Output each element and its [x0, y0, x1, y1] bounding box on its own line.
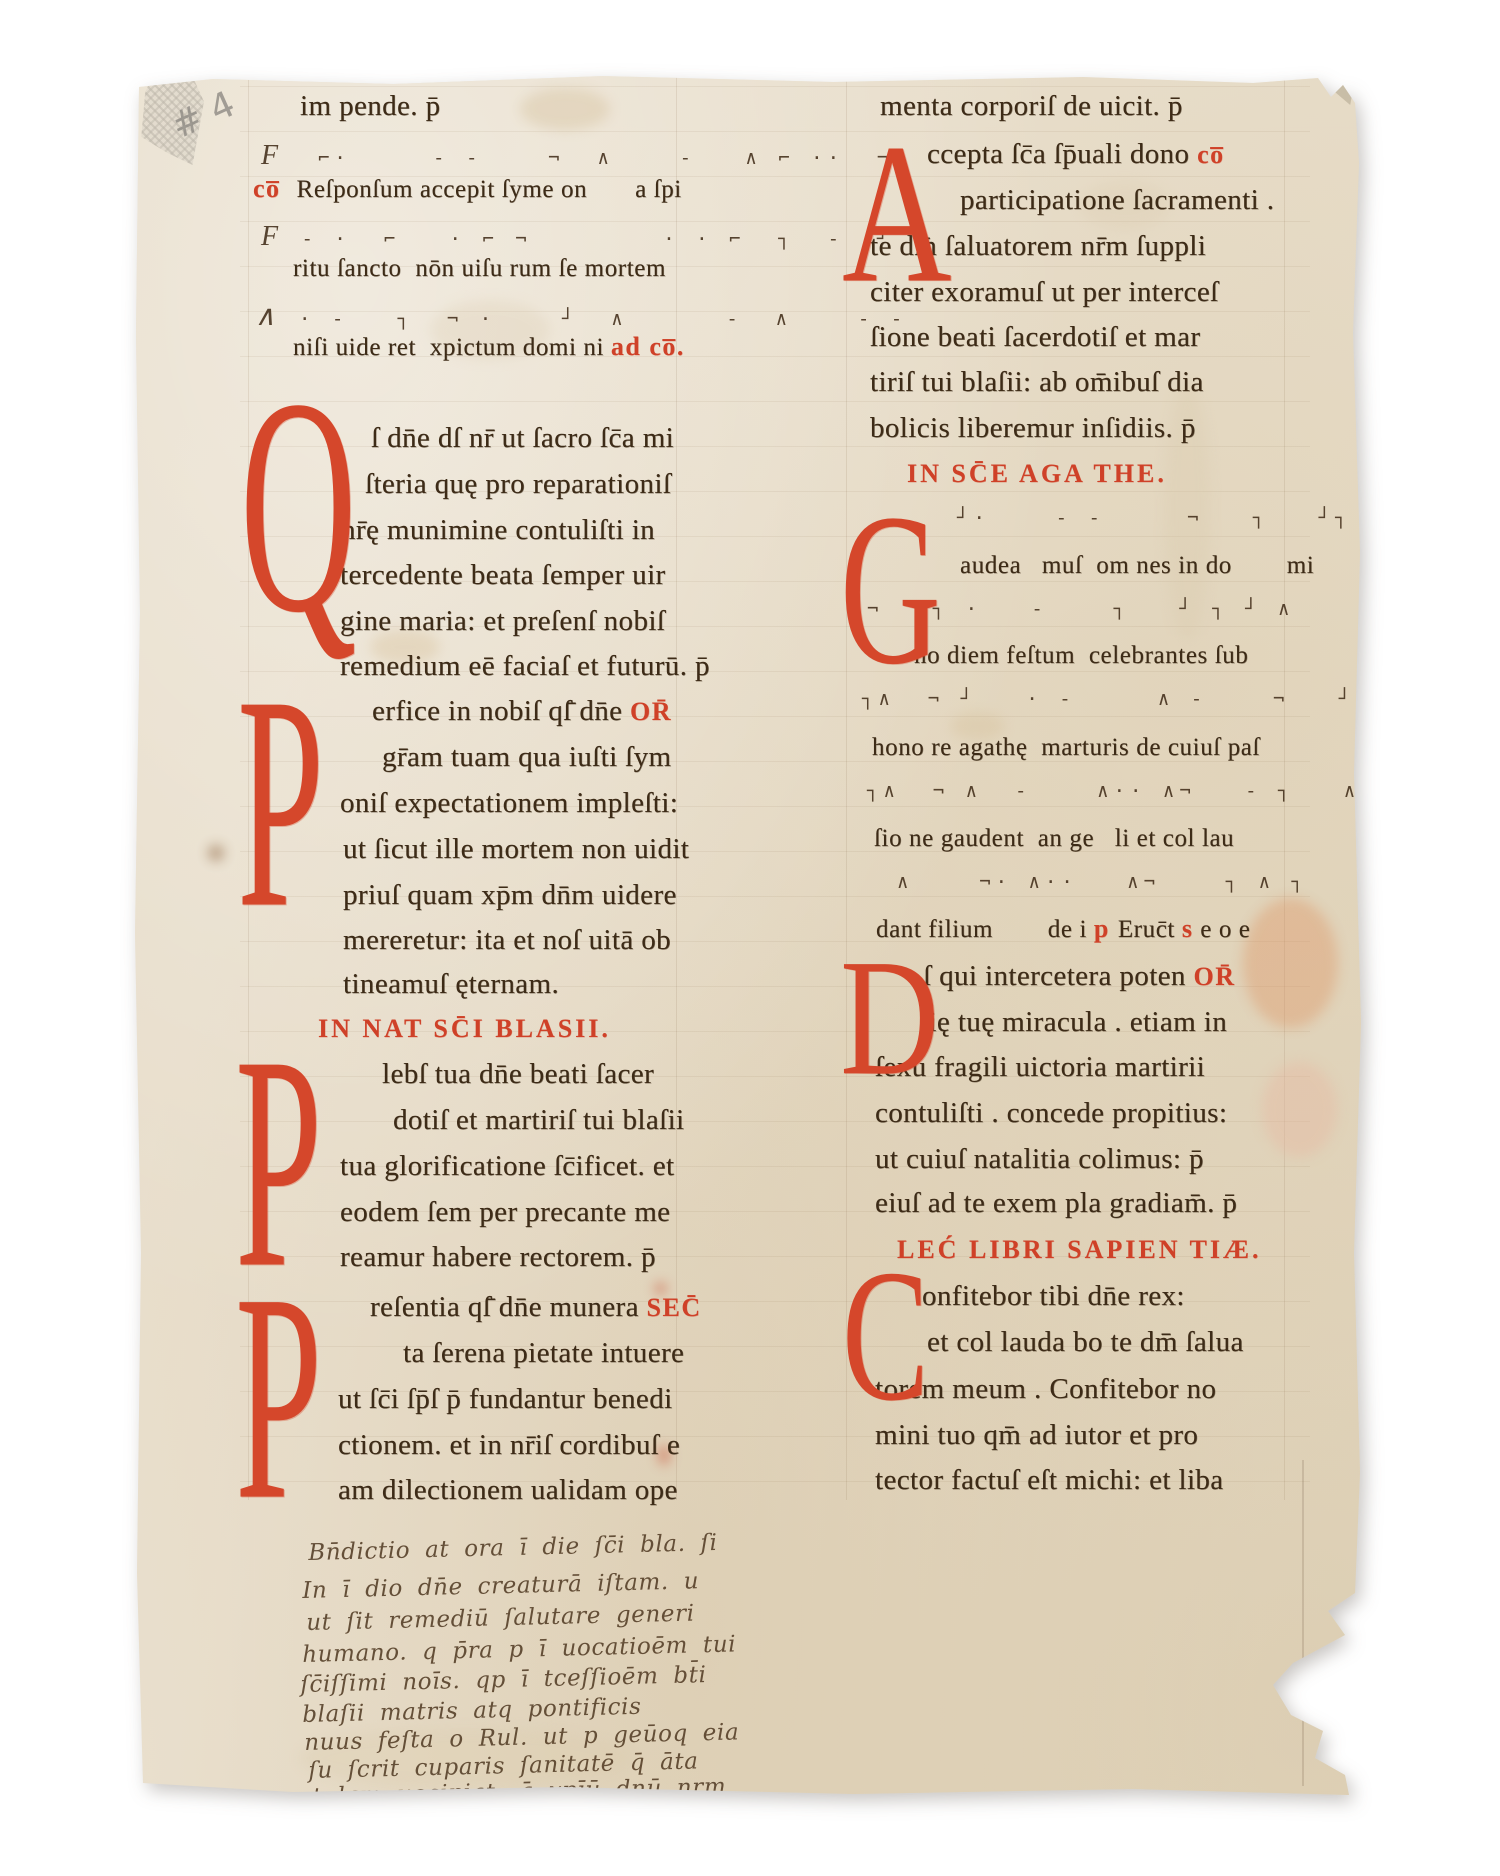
clef-letter: F: [261, 221, 285, 252]
ink-text: ctionem. et in nr̄iſ cordibuſ e: [338, 1429, 680, 1461]
ink-text: eiuſ ad te exem pla gradiam̄. p̄: [875, 1187, 1237, 1219]
rubric-heading: IN SC̄E AGA THE.: [907, 459, 1167, 489]
neume-row: F - · ⌐ · ⌐ ¬ · · ⌐ ┐ - ┘: [261, 221, 893, 253]
text-line: ut cuiuſ natalitia colimus: p̄: [875, 1145, 1204, 1174]
text-line: ſ qui intercetera poten OR̄: [923, 962, 1236, 991]
corner-fold: [1315, 75, 1355, 105]
marginalia-line: In ī dio dn̄e creaturā iſtam. u: [302, 1568, 699, 1604]
text-line: reſentia qſ̄ dn̄e munera SEC̄: [370, 1293, 702, 1322]
ink-text: im pende. p̄: [300, 90, 441, 122]
text-line: tię tuę miracula . etiam in: [920, 1008, 1227, 1037]
text-line: eiuſ ad te exem pla gradiam̄. p̄: [875, 1189, 1237, 1218]
neume-row: ∧ ¬· ∧·· ∧¬ ┐ ∧ ┐ ·∧ ¬ -·: [897, 871, 1500, 893]
text-line: ctionem. et in nr̄iſ cordibuſ e: [338, 1431, 680, 1460]
text-line: oniſ expectationem impleſti:: [340, 789, 678, 818]
red-liturgical-mark: OR̄: [1194, 962, 1236, 991]
rubric-heading: IN NAT SC̄I BLASII.: [318, 1014, 611, 1044]
red-liturgical-mark: co̅: [253, 174, 297, 203]
ink-text: ta ſerena pietate intuere: [403, 1337, 684, 1369]
neume-marks: ¬ ┐ · - ┐ ┘ ┐ ┘ ∧ - ·: [867, 598, 1500, 620]
ink-text: martir tuuſ blaſiuſ om̄ia tor: [882, 44, 1202, 76]
ink-text: gr̄am tuam qua iuſti ſym: [382, 741, 672, 773]
text-line: ccepta ſc̄a ſp̄uali dono co̅: [927, 140, 1225, 169]
ink-text: ut ſc̄i ſp̄ſ p̄ fundantur benedi: [338, 1383, 673, 1415]
initial-D: D: [840, 956, 939, 1081]
text-line: remedium eē faciaſ et futurū. p̄: [340, 652, 710, 681]
text-line: am dilectionem ualidam ope: [338, 1476, 678, 1505]
text-line: lebſ tua dn̄e beati ſacer: [382, 1060, 654, 1089]
neume-marks: ┐∧ ¬ ∧ - ∧·· ∧¬ - ┐ ∧ ¬ ·: [867, 780, 1500, 802]
initial-C: C: [842, 1266, 929, 1407]
red-liturgical-mark: ad co̅.: [611, 332, 685, 361]
text-line: iudicium nobiſ tuę pietatiſ: [300, 46, 611, 75]
text-line: ut ſicut ille mortem non uidit: [343, 835, 689, 864]
ruled-guide: [1302, 1460, 1304, 1786]
neume-row: ┘· - - ¬ ┐ ┘┐ ¬∧: [957, 507, 1434, 529]
text-line: gr̄am tuam qua iuſti ſym: [382, 743, 672, 772]
ink-text: ut ſicut ille mortem non uidit: [343, 833, 689, 865]
ink-text: et col lauda bo te dm̄ ſalua: [927, 1326, 1244, 1358]
chant-line: no diem feſtum celebrantes ſub: [914, 643, 1248, 668]
neume-marks: ┘· - - ¬ ┐ ┘┐ ¬∧: [957, 507, 1434, 529]
neume-row: ¬ ┐ · - ┐ ┘ ┐ ┘ ∧ - ·: [867, 598, 1500, 620]
stain: [1262, 1062, 1337, 1157]
clef-letter: ∧: [255, 301, 283, 332]
ink-text: lebſ tua dn̄e beati ſacer: [382, 1058, 654, 1090]
ink-text: nr̄ę munimine contuliſti in: [341, 514, 655, 546]
text-line: tua glorificatione ſc̄ificet. et: [340, 1152, 674, 1181]
ruled-guide: [1284, 44, 1285, 1500]
text-line: ſ dn̄e dſ nr̄ ut ſacro ſc̄a mi: [371, 424, 674, 453]
chant-line: co̅ Reſponſum accepit ſyme on a ſpi: [253, 176, 682, 202]
text-line: martir tuuſ blaſiuſ om̄ia tor: [882, 46, 1202, 75]
neume-row: ┐∧ ¬ ∧ - ∧·· ∧¬ - ┐ ∧ ¬ ·: [867, 780, 1500, 802]
ink-text: tineamuſ ęternam.: [343, 968, 559, 1000]
red-liturgical-mark: SEC̄: [647, 1293, 702, 1322]
ink-text: audea muſ om nes in do mi: [960, 552, 1314, 579]
chant-line: hono re agathę marturis de cuiuſ paſ: [872, 735, 1260, 760]
red-liturgical-mark: s: [1182, 914, 1194, 943]
ink-text: bolicis liberemur inſidiis. p̄: [870, 412, 1196, 444]
text-line: dotiſ et martiriſ tui blaſii: [393, 1106, 685, 1135]
ink-text: priuſ quam xp̄m dn̄m uidere: [343, 879, 677, 911]
text-line: tineamuſ ęternam.: [343, 970, 559, 999]
stain: [1243, 898, 1338, 1028]
ink-text: eodem ſem per precante me: [340, 1196, 670, 1228]
neume-row: ┐∧ ¬ ┘ · - ∧ - ¬ ┘ - - ¬: [862, 688, 1500, 710]
ink-text: remedium eē faciaſ et futurū. p̄: [340, 650, 710, 682]
text-line: participatione ſacramenti .: [960, 186, 1274, 215]
text-line: bolicis liberemur inſidiis. p̄: [870, 414, 1196, 443]
stain: [208, 845, 224, 861]
ink-text: mereretur: ita et noſ uitā ob: [343, 924, 671, 956]
initial-P-perfice: P: [237, 688, 324, 917]
ink-text: reamur habere rectorem. p̄: [340, 1241, 656, 1273]
rubric-heading: LEĆ LIBRI SAPIEN TIÆ.: [897, 1235, 1262, 1265]
text-line: eodem ſem per precante me: [340, 1198, 670, 1227]
neume-marks: ⌐· - - ¬ ∧ - ∧ ⌐ ·· ¬: [285, 147, 893, 169]
neume-marks: ┐∧ ¬ ┘ · - ∧ - ¬ ┘ - - ¬: [862, 688, 1500, 710]
text-line: onfitebor tibi dn̄e rex:: [922, 1282, 1185, 1311]
ink-text: no diem feſtum celebrantes ſub: [914, 642, 1248, 669]
parchment: # 4 iudicium nobiſ tuę pietatiſim pende.…: [133, 73, 1365, 1795]
text-line: tiriſ tui blaſii: ab om̄ibuſ dia: [870, 368, 1204, 397]
ruled-guide: [676, 44, 677, 1500]
manuscript-scan: { "page": { "background": "#ffffff", "pa…: [0, 0, 1500, 1876]
text-line: tercedente beata ſemper uir: [340, 561, 666, 590]
chant-line: ritu ſancto nōn uiſu rum ſe mortem: [293, 256, 666, 281]
text-line: tector factuſ eſt michi: et liba: [875, 1466, 1224, 1495]
ink-text: tiriſ tui blaſii: ab om̄ibuſ dia: [870, 366, 1204, 398]
clef-letter: F: [261, 140, 285, 171]
ink-text: ccepta ſc̄a ſp̄uali dono: [927, 138, 1197, 170]
ink-text: ſ dn̄e dſ nr̄ ut ſacro ſc̄a mi: [371, 422, 674, 454]
neume-marks: · - ┐ ¬ · ┘ ∧ - ∧ - -: [283, 308, 908, 330]
red-liturgical-mark: p: [1094, 914, 1118, 943]
parchment-wrapper: # 4 iudicium nobiſ tuę pietatiſim pende.…: [133, 73, 1365, 1795]
initial-Q: Q: [240, 392, 357, 623]
text-line: erfice in nobiſ qſ̄ dn̄e OR̄: [372, 697, 672, 726]
ink-text: oniſ expectationem impleſti:: [340, 787, 678, 819]
text-line: im pende. p̄: [300, 92, 441, 121]
ink-text: tua glorificatione ſc̄ificet. et: [340, 1150, 674, 1182]
ink-text: dotiſ et martiriſ tui blaſii: [393, 1104, 685, 1136]
marginalia-line: ut ſit remediū ſalutare generi: [306, 1601, 695, 1636]
initial-G: G: [840, 508, 941, 671]
red-liturgical-mark: co̅: [1197, 140, 1225, 169]
ink-text: Reſponſum accepit ſyme on a ſpi: [297, 176, 682, 203]
neume-marks: - · ⌐ · ⌐ ¬ · · ⌐ ┐ - ┘: [285, 228, 893, 250]
ink-text: gine maria: et preſenſ nobiſ: [340, 605, 665, 637]
chant-line: audea muſ om nes in do mi: [960, 553, 1314, 578]
ink-text: ut cuiuſ natalitia colimus: p̄: [875, 1143, 1204, 1175]
text-line: mereretur: ita et noſ uitā ob: [343, 926, 671, 955]
ink-text: tercedente beata ſemper uir: [340, 559, 666, 591]
stain: [520, 88, 610, 130]
ink-text: tector factuſ eſt michi: et liba: [875, 1464, 1224, 1496]
initial-P-presentia: P: [235, 1286, 322, 1509]
text-line: priuſ quam xp̄m dn̄m uidere: [343, 881, 677, 910]
ink-text: am dilectionem ualidam ope: [338, 1474, 678, 1506]
ink-text: LEĆ LIBRI SAPIEN TIÆ.: [897, 1235, 1262, 1264]
ink-text: IN NAT SC̄I BLASII.: [318, 1014, 611, 1043]
marginalia-line: Bn̄dictio at ora ī die ſc̄i bla. ſi: [308, 1530, 718, 1566]
text-line: reamur habere rectorem. p̄: [340, 1243, 656, 1272]
ink-text: ritu ſancto nōn uiſu rum ſe mortem: [293, 255, 666, 282]
ink-text: ſione beati ſacerdotiſ et mar: [870, 321, 1200, 353]
ink-text: ſio ne gaudent an ge li et col lau: [874, 825, 1234, 852]
ink-text: IN SC̄E AGA THE.: [907, 459, 1167, 488]
ink-text: reſentia qſ̄ dn̄e munera: [370, 1291, 647, 1323]
ink-text: ſ qui intercetera poten: [923, 960, 1194, 992]
neume-row: ∧ · - ┐ ¬ · ┘ ∧ - ∧ - -: [255, 299, 907, 333]
ink-text: participatione ſacramenti .: [960, 184, 1274, 216]
ink-text: iudicium nobiſ tuę pietatiſ: [300, 44, 611, 76]
text-line: ut ſc̄i ſp̄ſ p̄ fundantur benedi: [338, 1385, 673, 1414]
ink-text: tię tuę miracula . etiam in: [920, 1006, 1227, 1038]
chant-line: ſio ne gaudent an ge li et col lau: [874, 826, 1234, 851]
ink-text: ſteria quę pro reparationiſ: [365, 468, 671, 500]
text-line: ſione beati ſacerdotiſ et mar: [870, 323, 1200, 352]
ink-text: onfitebor tibi dn̄e rex:: [922, 1280, 1185, 1312]
ink-text: e o e: [1193, 916, 1250, 943]
neume-row: F ⌐· - - ¬ ∧ - ∧ ⌐ ·· ¬: [261, 140, 893, 172]
red-liturgical-mark: OR̄: [630, 697, 672, 726]
text-line: et col lauda bo te dm̄ ſalua: [927, 1328, 1244, 1357]
neume-marks: ∧ ¬· ∧·· ∧¬ ┐ ∧ ┐ ·∧ ¬ -·: [897, 871, 1500, 893]
text-line: ta ſerena pietate intuere: [403, 1339, 684, 1368]
ink-text: hono re agathę marturis de cuiuſ paſ: [872, 734, 1260, 761]
text-line: nr̄ę munimine contuliſti in: [341, 516, 655, 545]
text-line: gine maria: et preſenſ nobiſ: [340, 607, 665, 636]
ink-text: Eruc̄t: [1118, 916, 1182, 943]
marginalia-line: ſc̄iſſimi noīs. qp ī tceſſioēm bt̄i: [300, 1662, 707, 1698]
text-line: ſteria quę pro reparationiſ: [365, 470, 671, 499]
ink-text: erfice in nobiſ qſ̄ dn̄e: [372, 695, 630, 727]
initial-A: A: [842, 138, 952, 288]
